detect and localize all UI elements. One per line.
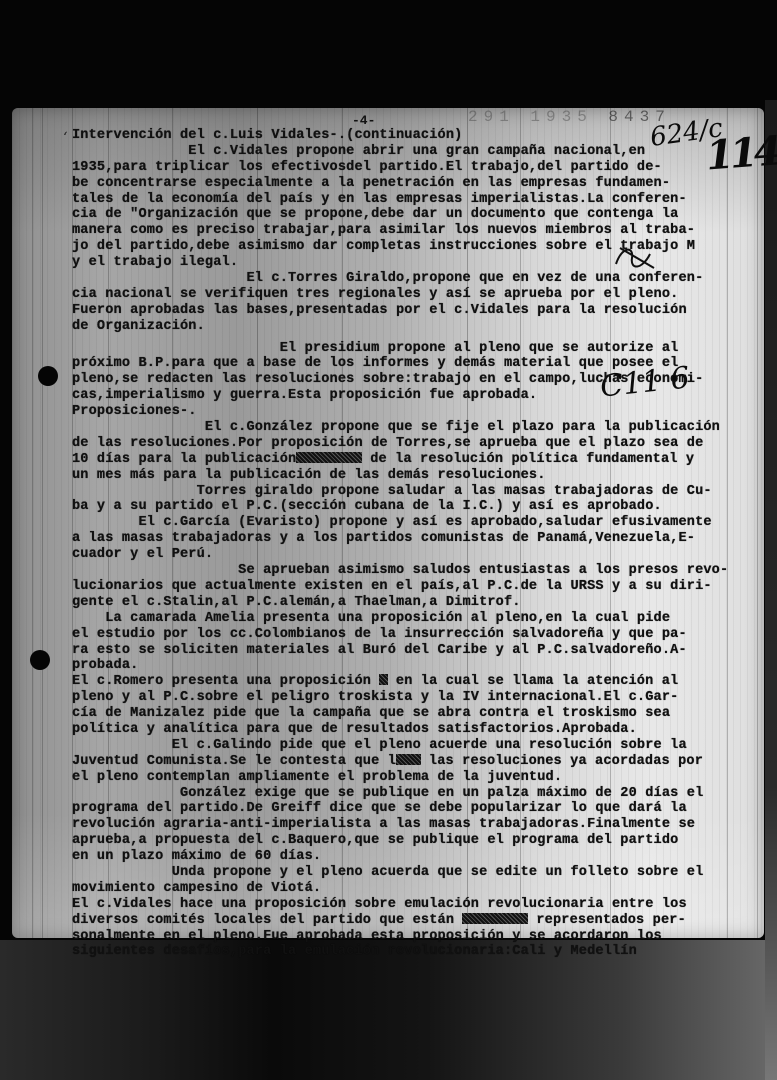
document-line: de las resoluciones.Por proposición de T… — [72, 436, 762, 452]
document-line: el pleno contemplan ampliamente el probl… — [72, 770, 762, 786]
document-line: jo del partido,debe asimismo dar complet… — [72, 239, 762, 255]
document-line: política y analítica para que de resulta… — [72, 722, 762, 738]
document-line: Unda propone y el pleno acuerda que se e… — [72, 865, 762, 881]
document-line: Intervención del c.Luis Vidales-.(contin… — [72, 128, 762, 144]
scan-background-edge — [765, 100, 777, 1080]
document-line: siguientes desafíos,para la emulación re… — [72, 944, 762, 960]
document-line: programa del partido.De Greiff dice que … — [72, 801, 762, 817]
document-line: un mes más para la publicación de las de… — [72, 468, 762, 484]
document-line: 1935,para triplicar los efectivosdel par… — [72, 160, 762, 176]
document-line: be concentrarse especialmente a la penet… — [72, 176, 762, 192]
document-line: cia de "Organización que se propone,debe… — [72, 207, 762, 223]
document-line: revolución agraria-anti-imperialista a l… — [72, 817, 762, 833]
page-number: -4- — [352, 113, 375, 128]
document-line: El c.García (Evaristo) propone y así es … — [72, 515, 762, 531]
document-line: pleno y al P.C.sobre el peligro troskist… — [72, 690, 762, 706]
document-line: cía de Manizalez pide que la campaña que… — [72, 706, 762, 722]
document-line: en un plazo máximo de 60 días. — [72, 849, 762, 865]
document-line: El presidium propone al pleno que se aut… — [72, 341, 762, 357]
struck-out-text — [462, 913, 528, 924]
document-line: manera como es preciso trabajar,para asi… — [72, 223, 762, 239]
document-line: cas,imperialismo y guerra.Esta proposici… — [72, 388, 762, 404]
document-line: El c.González propone que se fije el pla… — [72, 420, 762, 436]
punch-hole-bottom — [30, 650, 50, 670]
document-line: el estudio por los cc.Colombianos de la … — [72, 627, 762, 643]
punch-hole-top — [38, 366, 58, 386]
document-line: gente el c.Stalin,al P.C.alemán,a Thaelm… — [72, 595, 762, 611]
document-line: diversos comités locales del partido que… — [72, 913, 762, 929]
handwritten-tick: ʻ — [63, 130, 67, 146]
struck-out-text — [296, 452, 362, 463]
document-line: cia nacional se verifiquen tres regional… — [72, 287, 762, 303]
document-line: 10 días para la publicación de la resolu… — [72, 452, 762, 468]
document-line: ra esto se soliciten materiales al Buró … — [72, 643, 762, 659]
document-line: a las masas trabajadoras y a los partido… — [72, 531, 762, 547]
document-line: La camarada Amelia presenta una proposic… — [72, 611, 762, 627]
document-line: pleno,se redacten las resoluciones sobre… — [72, 372, 762, 388]
document-line: El c.Vidales propone abrir una gran camp… — [72, 144, 762, 160]
typewritten-body: Intervención del c.Luis Vidales-.(contin… — [72, 128, 762, 960]
archive-stamp: 291 1935 8437 — [468, 108, 671, 126]
document-line: Se aprueban asimismo saludos entusiastas… — [72, 563, 762, 579]
document-line: Torres giraldo propone saludar a las mas… — [72, 484, 762, 500]
document-line: Juventud Comunista.Se le contesta que l … — [72, 754, 762, 770]
document-line: Proposiciones-. — [72, 404, 762, 420]
scan-background-bottom — [0, 940, 777, 1080]
struck-out-text — [379, 674, 387, 685]
document-line: próximo B.P.para que a base de los infor… — [72, 356, 762, 372]
document-line: ba y a su partido el P.C.(sección cubana… — [72, 499, 762, 515]
document-line: sonalmente en el pleno.Fue aprobada esta… — [72, 929, 762, 945]
document-line: lucionarios que actualmente existen en e… — [72, 579, 762, 595]
document-line: cuador y el Perú. — [72, 547, 762, 563]
document-line: El c.Galindo pide que el pleno acuerde u… — [72, 738, 762, 754]
document-line: tales de la economía del país y en las e… — [72, 192, 762, 208]
document-line: probada. — [72, 658, 762, 674]
document-line: González exige que se publique en un pal… — [72, 786, 762, 802]
document-line: aprueba,a propuesta del c.Baquero,que se… — [72, 833, 762, 849]
document-line: El c.Romero presenta una proposición en … — [72, 674, 762, 690]
document-line: movimiento campesino de Viotá. — [72, 881, 762, 897]
document-line: y el trabajo ilegal. — [72, 255, 762, 271]
document-line: Fueron aprobadas las bases,presentadas p… — [72, 303, 762, 319]
document-line: de Organización. — [72, 319, 762, 335]
document-line: El c.Vidales hace una proposición sobre … — [72, 897, 762, 913]
document-line: El c.Torres Giraldo,propone que en vez d… — [72, 271, 762, 287]
struck-out-text — [396, 754, 421, 765]
